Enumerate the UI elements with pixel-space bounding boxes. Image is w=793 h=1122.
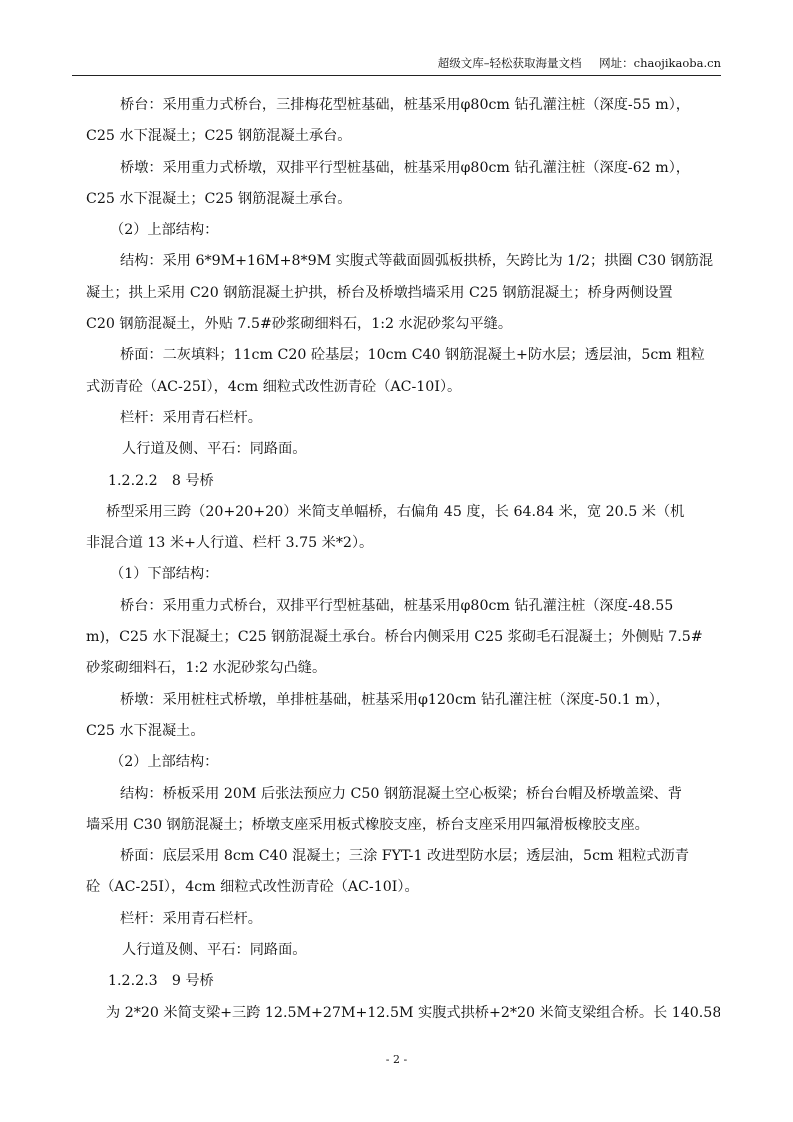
paragraph-line: C25 水下混凝土；C25 钢筋混凝土承台。	[86, 121, 720, 152]
paragraph-line: 砼（AC-25Ⅰ），4cm 细粒式改性沥青砼（AC-10Ⅰ）。	[86, 872, 720, 903]
paragraph-line: 人行道及侧、平石：同路面。	[106, 935, 720, 966]
paragraph-line: 桥面：底层采用 8cm C40 混凝土；三涂 FYT-1 改进型防水层；透层油，…	[106, 841, 720, 872]
section-heading: （2）上部结构：	[106, 215, 720, 246]
paragraph-line: 结构：桥板采用 20M 后张法预应力 C50 钢筋混凝土空心板梁；桥台台帽及桥墩…	[106, 779, 720, 810]
paragraph-line: 桥墩：采用重力式桥墩，双排平行型桩基础，桩基采用φ80cm 钻孔灌注桩（深度-6…	[106, 153, 720, 184]
paragraph-line: C20 钢筋混凝土，外贴 7.5#砂浆砌细料石，1:2 水泥砂浆勾平缝。	[86, 309, 720, 340]
paragraph-line: 非混合道 13 米+人行道、栏杆 3.75 米*2）。	[86, 528, 720, 559]
paragraph-line: 墙采用 C30 钢筋混凝土；桥墩支座采用板式橡胶支座，桥台支座采用四氟滑板橡胶支…	[86, 810, 720, 841]
paragraph-line: 式沥青砼（AC-25Ⅰ），4cm 细粒式改性沥青砼（AC-10Ⅰ）。	[86, 372, 720, 403]
paragraph-line: 砂浆砌细料石，1:2 水泥砂浆勾凸缝。	[86, 653, 720, 684]
section-heading: 1.2.2.3 9 号桥	[106, 966, 720, 997]
paragraph-line: 为 2*20 米简支梁+三跨 12.5M+27M+12.5M 实腹式拱桥+2*2…	[106, 998, 720, 1029]
paragraph-line: 桥台：采用重力式桥台，三排梅花型桩基础，桩基采用φ80cm 钻孔灌注桩（深度-5…	[106, 90, 720, 121]
paragraph-line: 桥墩：采用桩柱式桥墩，单排桩基础，桩基采用φ120cm 钻孔灌注桩（深度-50.…	[106, 685, 720, 716]
paragraph-line: 桥面：二灰填料；11cm C20 砼基层；10cm C40 钢筋混凝土+防水层；…	[106, 340, 720, 371]
paragraph-line: 凝土；拱上采用 C20 钢筋混凝土护拱，桥台及桥墩挡墙采用 C25 钢筋混凝土；…	[86, 278, 720, 309]
section-heading: （1）下部结构：	[106, 559, 720, 590]
page-header: 超级文库–轻松获取海量文档 网址：chaojikaoba.cn	[72, 55, 721, 76]
section-heading: （2）上部结构：	[106, 747, 720, 778]
paragraph-line: 桥台：采用重力式桥台，双排平行型桩基础，桩基采用φ80cm 钻孔灌注桩（深度-4…	[106, 591, 720, 622]
paragraph-line: C25 水下混凝土。	[86, 716, 720, 747]
page-number: - 2 -	[0, 1053, 793, 1066]
paragraph-line: 桥型采用三跨（20+20+20）米简支单幅桥，右偏角 45 度，长 64.84 …	[106, 497, 720, 528]
header-url: 网址：chaojikaoba.cn	[599, 56, 721, 70]
paragraph-line: 栏杆：采用青石栏杆。	[106, 403, 720, 434]
paragraph-line: C25 水下混凝土；C25 钢筋混凝土承台。	[86, 184, 720, 215]
paragraph-line: 栏杆：采用青石栏杆。	[106, 904, 720, 935]
paragraph-line: 人行道及侧、平石：同路面。	[106, 434, 720, 465]
section-heading: 1.2.2.2 8 号桥	[106, 466, 720, 497]
header-site-name: 超级文库–轻松获取海量文档	[438, 56, 582, 70]
paragraph-line: 结构：采用 6*9M+16M+8*9M 实腹式等截面圆弧板拱桥，矢跨比为 1/2…	[106, 246, 720, 277]
document-body: 桥台：采用重力式桥台，三排梅花型桩基础，桩基采用φ80cm 钻孔灌注桩（深度-5…	[106, 90, 720, 1029]
paragraph-line: m)，C25 水下混凝土；C25 钢筋混凝土承台。桥台内侧采用 C25 浆砌毛石…	[86, 622, 720, 653]
